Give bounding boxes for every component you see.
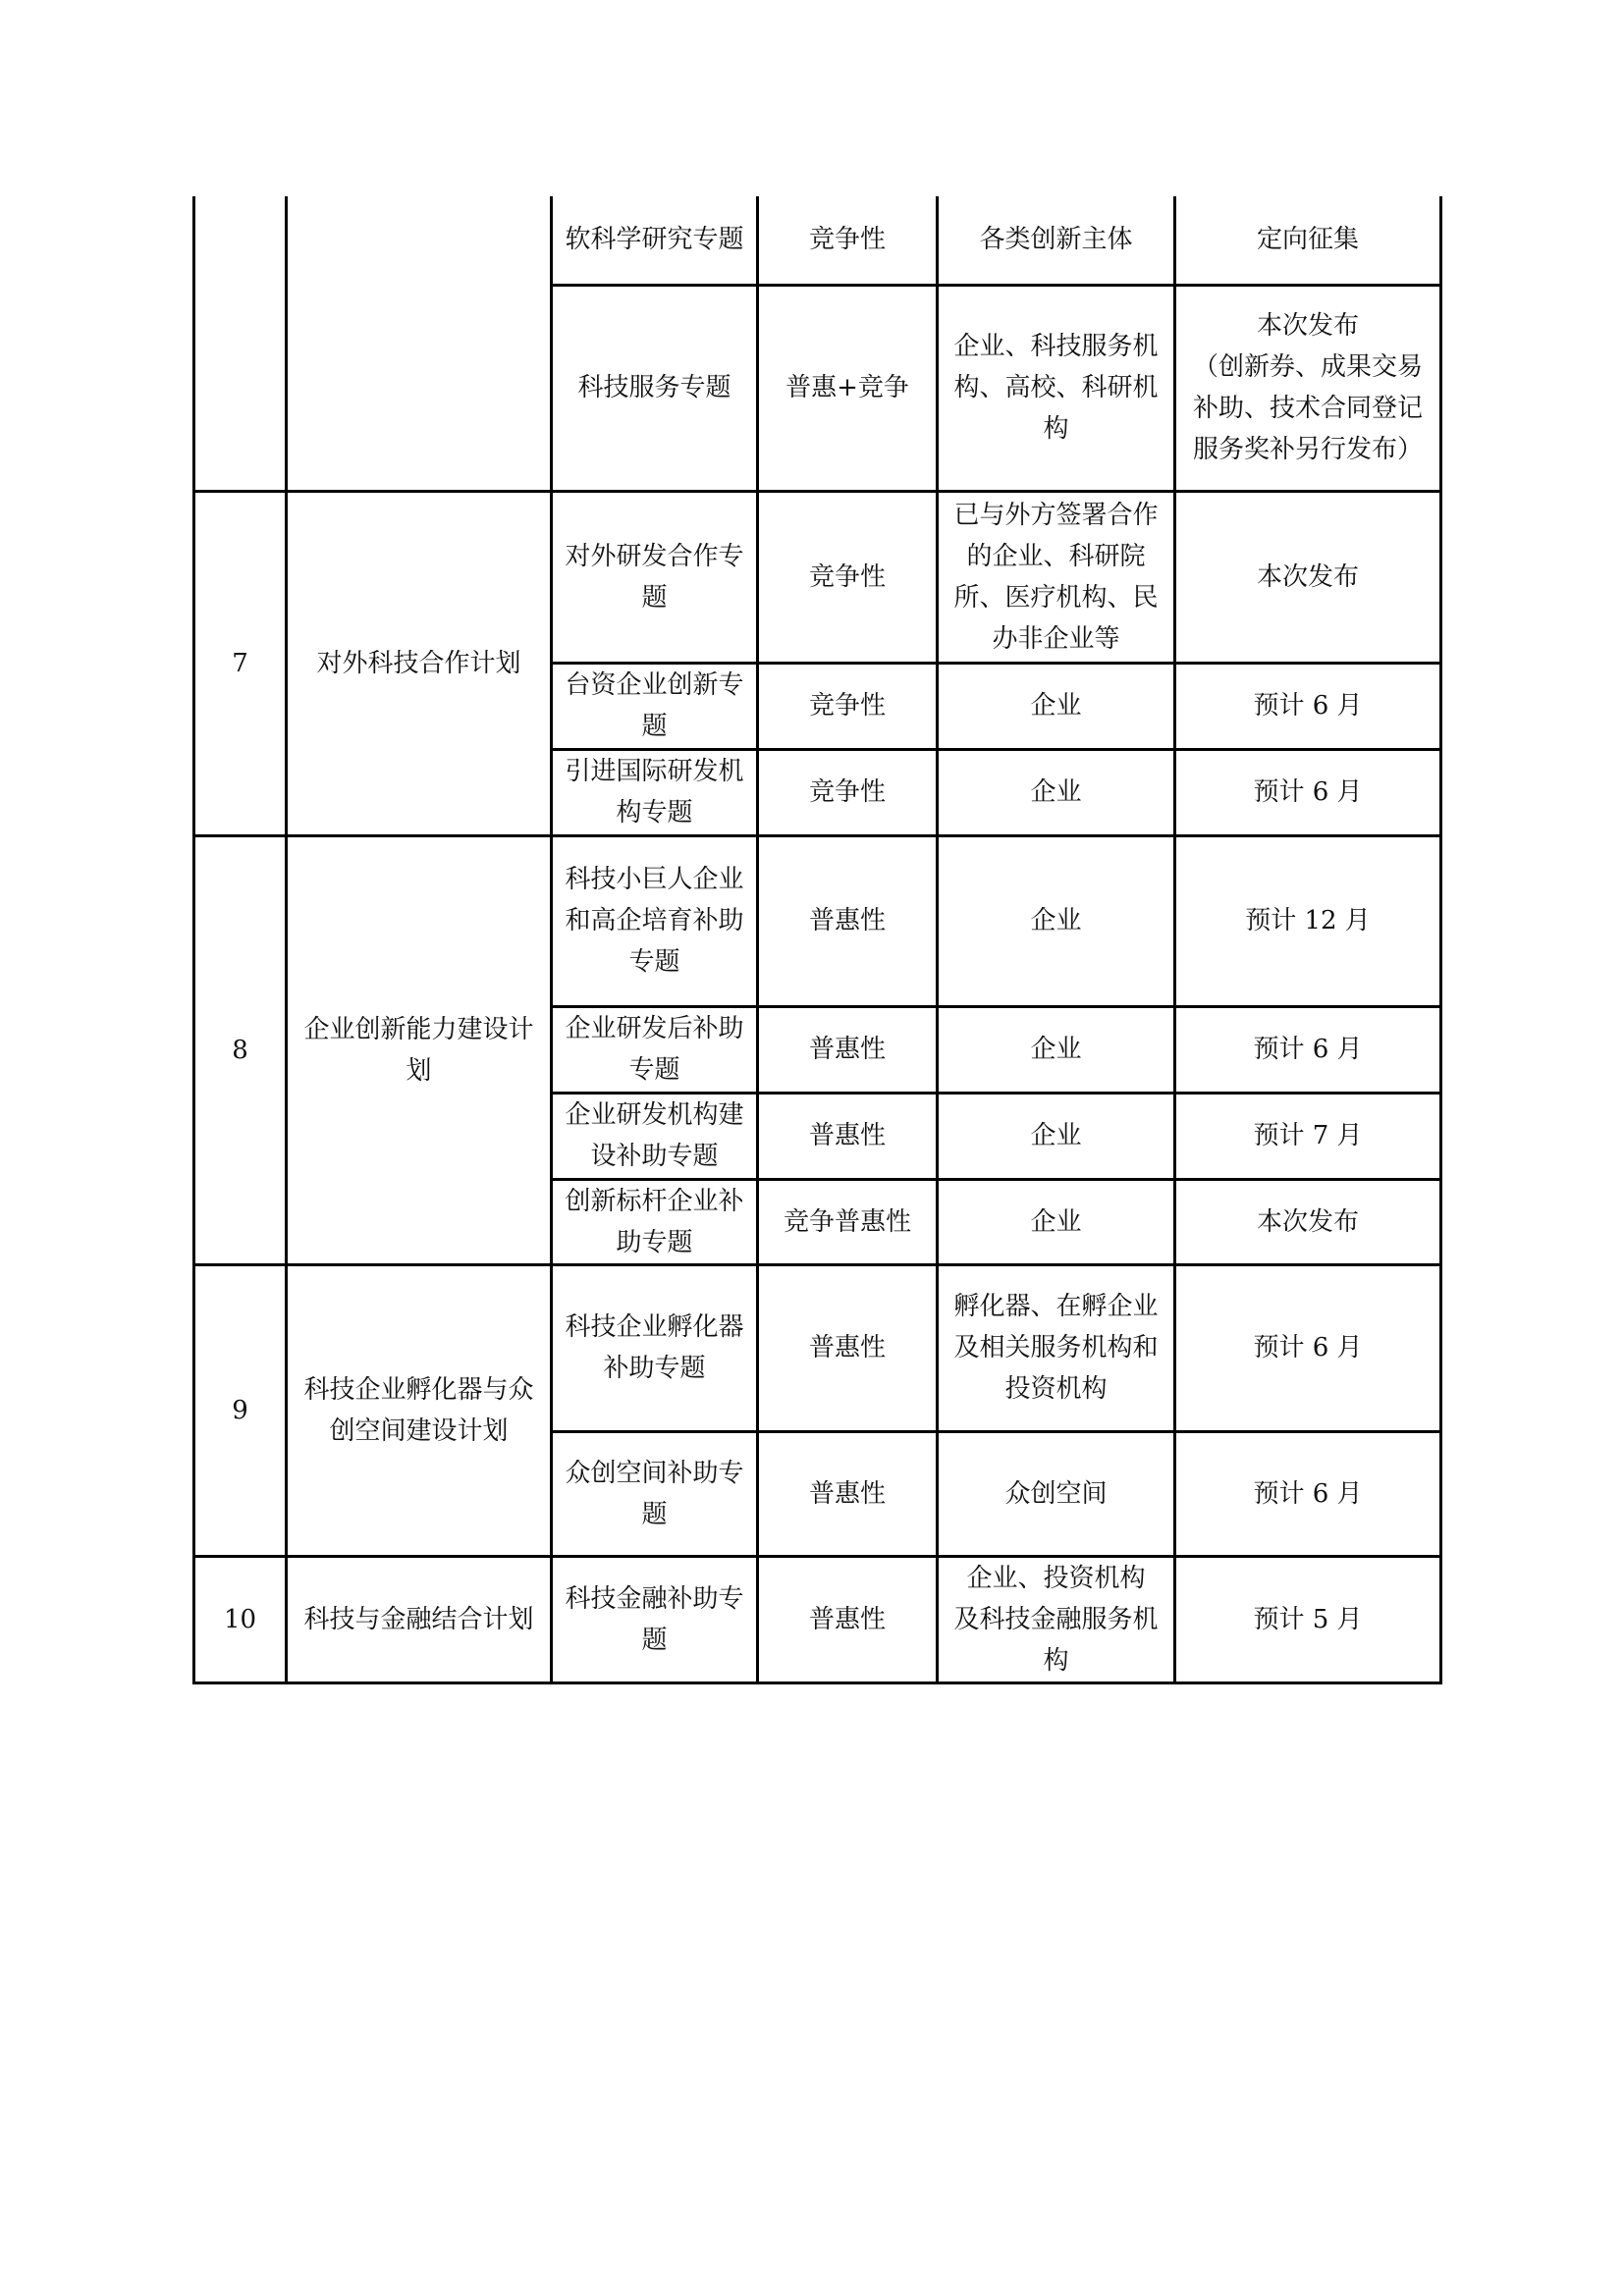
cell-target: 企业 xyxy=(938,749,1175,835)
cell-nature: 竞争性 xyxy=(758,663,938,749)
cell-target: 企业 xyxy=(938,663,1175,749)
cell-target: 已与外方签署合作的企业、科研院所、医疗机构、民办非企业等 xyxy=(938,491,1175,663)
cell-topic: 科技服务专题 xyxy=(552,285,758,491)
cell-nature: 普惠性 xyxy=(758,835,938,1006)
cell-plan: 科技企业孵化器与众创空间建设计划 xyxy=(287,1264,552,1556)
cell-target: 企业 xyxy=(938,1006,1175,1093)
cell-topic: 对外研发合作专题 xyxy=(552,491,758,663)
cell-release: 预计 6 月 xyxy=(1175,1006,1441,1093)
cell-nature: 竞争性 xyxy=(758,491,938,663)
cell-topic: 众创空间补助专题 xyxy=(552,1431,758,1556)
cell-release: 预计 6 月 xyxy=(1175,1431,1441,1556)
cell-no: 10 xyxy=(194,1556,287,1682)
cell-target: 企业、科技服务机构、高校、科研机构 xyxy=(938,285,1175,491)
cell-topic: 科技小巨人企业 和高企培育补助专题 xyxy=(552,835,758,1006)
cell-release: 预计 6 月 xyxy=(1175,663,1441,749)
cell-target: 企业、投资机构 及科技金融服务机构 xyxy=(938,1556,1175,1682)
cell-no: 7 xyxy=(194,491,287,835)
cell-topic: 创新标杆企业补助专题 xyxy=(552,1179,758,1264)
cell-target: 各类创新主体 xyxy=(938,196,1175,285)
cell-target: 企业 xyxy=(938,1093,1175,1179)
cell-nature: 普惠性 xyxy=(758,1093,938,1179)
cell-release: 预计 5 月 xyxy=(1175,1556,1441,1682)
cell-no: 8 xyxy=(194,835,287,1264)
cell-target: 众创空间 xyxy=(938,1431,1175,1556)
cell-topic: 引进国际研发机构专题 xyxy=(552,749,758,835)
cell-release: 本次发布 （创新券、成果交易补助、技术合同登记服务奖补另行发布） xyxy=(1175,285,1441,491)
cell-nature: 竞争普惠性 xyxy=(758,1179,938,1264)
table-row: 9 科技企业孵化器与众创空间建设计划 科技企业孵化器补助专题 普惠性 孵化器、在… xyxy=(194,1264,1441,1431)
cell-target: 孵化器、在孵企业 及相关服务机构和投资机构 xyxy=(938,1264,1175,1431)
cell-no xyxy=(194,196,287,491)
cell-nature: 竞争性 xyxy=(758,196,938,285)
table-row: 8 企业创新能力建设计划 科技小巨人企业 和高企培育补助专题 普惠性 企业 预计… xyxy=(194,835,1441,1006)
cell-nature: 普惠+竞争 xyxy=(758,285,938,491)
cell-topic: 科技企业孵化器补助专题 xyxy=(552,1264,758,1431)
plan-table: 软科学研究专题 竞争性 各类创新主体 定向征集 科技服务专题 普惠+竞争 企业、… xyxy=(192,196,1442,1684)
cell-plan: 企业创新能力建设计划 xyxy=(287,835,552,1264)
cell-topic: 企业研发后补助专题 xyxy=(552,1006,758,1093)
cell-nature: 竞争性 xyxy=(758,749,938,835)
cell-nature: 普惠性 xyxy=(758,1006,938,1093)
cell-topic: 科技金融补助专题 xyxy=(552,1556,758,1682)
cell-topic: 企业研发机构建设补助专题 xyxy=(552,1093,758,1179)
cell-nature: 普惠性 xyxy=(758,1556,938,1682)
cell-plan xyxy=(287,196,552,491)
cell-release: 预计 12 月 xyxy=(1175,835,1441,1006)
cell-release: 预计 7 月 xyxy=(1175,1093,1441,1179)
cell-target: 企业 xyxy=(938,1179,1175,1264)
cell-topic: 台资企业创新专题 xyxy=(552,663,758,749)
cell-release: 本次发布 xyxy=(1175,491,1441,663)
cell-nature: 普惠性 xyxy=(758,1264,938,1431)
table-row: 10 科技与金融结合计划 科技金融补助专题 普惠性 企业、投资机构 及科技金融服… xyxy=(194,1556,1441,1682)
cell-release: 本次发布 xyxy=(1175,1179,1441,1264)
table-row: 软科学研究专题 竞争性 各类创新主体 定向征集 xyxy=(194,196,1441,285)
cell-nature: 普惠性 xyxy=(758,1431,938,1556)
cell-plan: 对外科技合作计划 xyxy=(287,491,552,835)
cell-release: 预计 6 月 xyxy=(1175,749,1441,835)
cell-no: 9 xyxy=(194,1264,287,1556)
cell-release: 定向征集 xyxy=(1175,196,1441,285)
table-row: 7 对外科技合作计划 对外研发合作专题 竞争性 已与外方签署合作的企业、科研院所… xyxy=(194,491,1441,663)
cell-plan: 科技与金融结合计划 xyxy=(287,1556,552,1682)
cell-target: 企业 xyxy=(938,835,1175,1006)
cell-release: 预计 6 月 xyxy=(1175,1264,1441,1431)
cell-topic: 软科学研究专题 xyxy=(552,196,758,285)
